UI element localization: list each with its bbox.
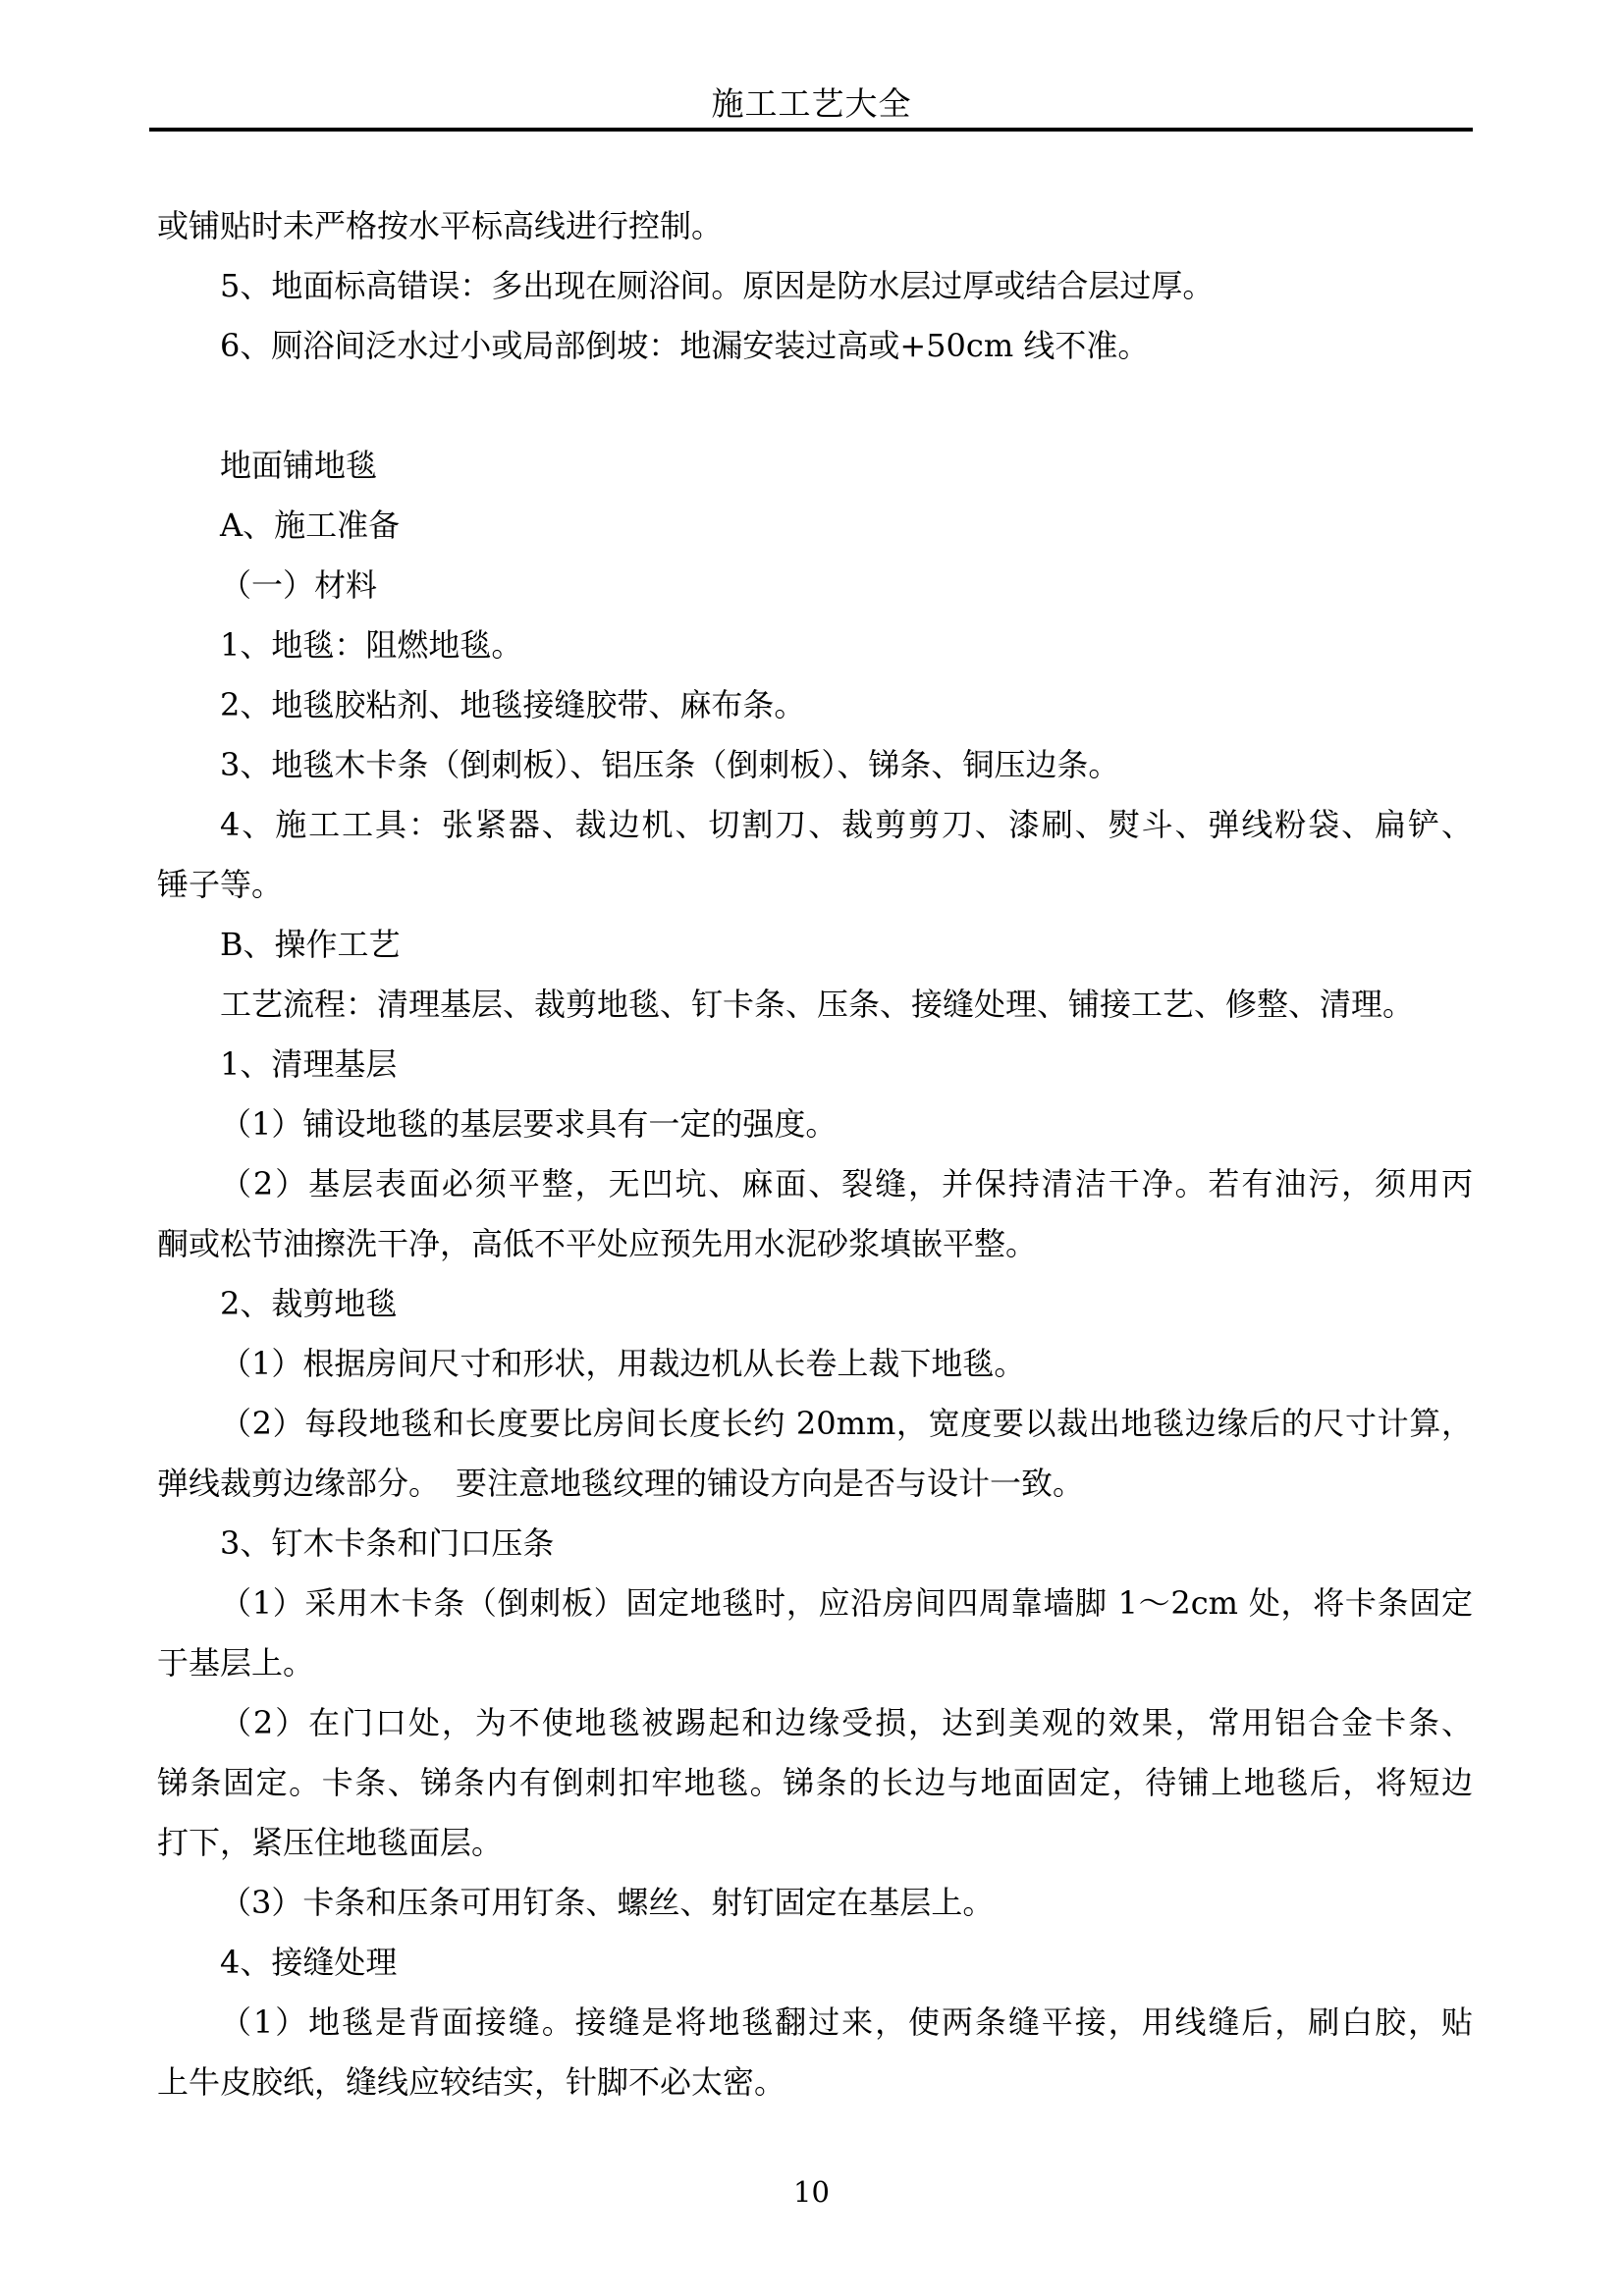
text-line: 上牛皮胶纸，缝线应较结实，针脚不必太密。 — [157, 2053, 1473, 2112]
document-page: 施工工艺大全 或铺贴时未严格按水平标高线进行控制。5、地面标高错误：多出现在厕浴… — [0, 0, 1623, 2296]
text-line: 或铺贴时未严格按水平标高线进行控制。 — [157, 196, 1473, 256]
text-line: （2）每段地毯和长度要比房间长度长约 20mm，宽度要以裁出地毯边缘后的尺寸计算… — [157, 1394, 1473, 1454]
text-line: 于基层上。 — [157, 1633, 1473, 1693]
page-number: 10 — [793, 2175, 830, 2209]
blank-line — [157, 376, 1473, 436]
text-line: 锑条固定。卡条、锑条内有倒刺扣牢地毯。锑条的长边与地面固定，待铺上地毯后，将短边 — [157, 1753, 1473, 1813]
text-line: A、施工准备 — [157, 496, 1473, 556]
text-line: 4、接缝处理 — [157, 1933, 1473, 1993]
text-line: （2）基层表面必须平整，无凹坑、麻面、裂缝，并保持清洁干净。若有油污，须用丙 — [157, 1154, 1473, 1214]
text-line: 6、厕浴间泛水过小或局部倒坡：地漏安装过高或+50cm 线不准。 — [157, 316, 1473, 376]
header-rule — [149, 128, 1473, 132]
text-line: （1）采用木卡条（倒刺板）固定地毯时，应沿房间四周靠墙脚 1～2cm 处，将卡条… — [157, 1574, 1473, 1633]
text-line: 工艺流程：清理基层、裁剪地毯、钉卡条、压条、接缝处理、铺接工艺、修整、清理。 — [157, 975, 1473, 1035]
text-line: 锤子等。 — [157, 855, 1473, 915]
text-line: 地面铺地毯 — [157, 436, 1473, 496]
text-line: 酮或松节油擦洗干净，高低不平处应预先用水泥砂浆填嵌平整。 — [157, 1214, 1473, 1274]
text-line: 2、裁剪地毯 — [157, 1274, 1473, 1334]
text-line: （一）材料 — [157, 556, 1473, 615]
header-title: 施工工艺大全 — [0, 87, 1623, 120]
text-line: 4、施工工具：张紧器、裁边机、切割刀、裁剪剪刀、漆刷、熨斗、弹线粉袋、扁铲、 — [157, 795, 1473, 855]
document-body: 或铺贴时未严格按水平标高线进行控制。5、地面标高错误：多出现在厕浴间。原因是防水… — [157, 196, 1473, 2112]
text-line: （2）在门口处，为不使地毯被踢起和边缘受损，达到美观的效果，常用铝合金卡条、 — [157, 1693, 1473, 1753]
text-line: （1）根据房间尺寸和形状，用裁边机从长卷上裁下地毯。 — [157, 1334, 1473, 1394]
text-line: 弹线裁剪边缘部分。 要注意地毯纹理的铺设方向是否与设计一致。 — [157, 1454, 1473, 1514]
text-line: 3、地毯木卡条（倒刺板）、铝压条（倒刺板）、锑条、铜压边条。 — [157, 735, 1473, 795]
text-line: （1）地毯是背面接缝。接缝是将地毯翻过来，使两条缝平接，用线缝后，刷白胶，贴 — [157, 1993, 1473, 2053]
text-line: （1）铺设地毯的基层要求具有一定的强度。 — [157, 1095, 1473, 1154]
text-line: 打下，紧压住地毯面层。 — [157, 1813, 1473, 1873]
text-line: 1、地毯：阻燃地毯。 — [157, 615, 1473, 675]
text-line: 1、清理基层 — [157, 1035, 1473, 1095]
text-line: 3、钉木卡条和门口压条 — [157, 1514, 1473, 1574]
text-line: 2、地毯胶粘剂、地毯接缝胶带、麻布条。 — [157, 675, 1473, 735]
text-line: （3）卡条和压条可用钉条、螺丝、射钉固定在基层上。 — [157, 1873, 1473, 1933]
text-line: 5、地面标高错误：多出现在厕浴间。原因是防水层过厚或结合层过厚。 — [157, 256, 1473, 316]
text-line: B、操作工艺 — [157, 915, 1473, 975]
page-footer: 10 — [0, 2175, 1623, 2209]
